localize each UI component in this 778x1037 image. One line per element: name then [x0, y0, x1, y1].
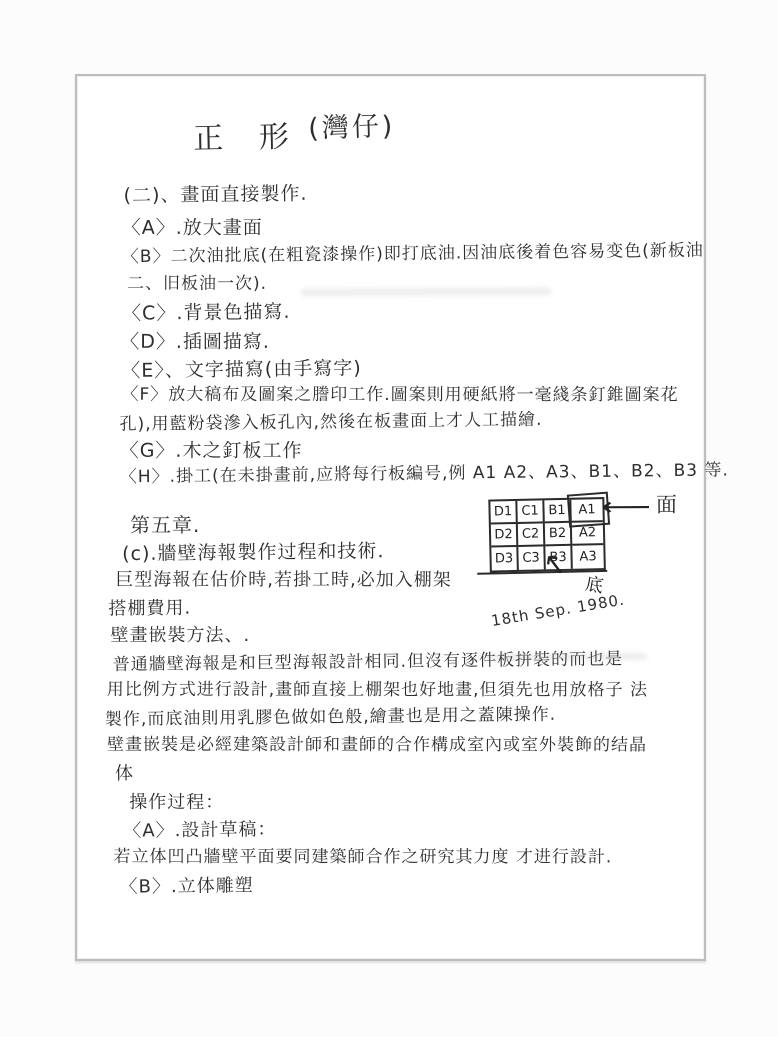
table-cell: D2: [491, 524, 518, 548]
handwritten-line: 壁畫嵌裝是必經建築設計師和畫師的合作構成室內或室外裝飾的结晶: [107, 735, 647, 756]
table-cell: A2: [572, 522, 603, 546]
handwritten-line: 製作,而底油則用乳膠色做如色般,繪畫也是用之蓋陳操作.: [105, 705, 556, 731]
table-cell: A1: [571, 499, 602, 523]
handwritten-line: 〈H〉.掛工(在未掛畫前,应將每行板編号,例 A1 A2、A3、B1、B2、B3…: [120, 460, 729, 487]
handwritten-line: 搭棚費用.: [108, 598, 191, 621]
table-cell: A3: [572, 545, 603, 569]
handwritten-line: 孔),用藍粉袋滲入板孔內,然後在板畫面上才人工描繪.: [119, 410, 542, 435]
handwritten-line: 操作过程：: [129, 792, 224, 814]
handwritten-line: 〈E〉、文字描寫(由手寫字): [121, 357, 362, 383]
section-heading: (c).牆壁海報製作过程和技術.: [122, 540, 385, 566]
table-cell: D3: [491, 547, 518, 571]
handwritten-line: (二)、畫面直接製作.: [123, 183, 307, 208]
table-cell: C1: [517, 500, 544, 524]
scanned-page: 正 形 (灣仔) (二)、畫面直接製作. 〈A〉.放大畫面 〈B〉二次油批底(在…: [75, 74, 706, 961]
handwritten-line: 用比例方式进行設計,畫師直接上棚架也好地畫,但須先也用放格子 法: [107, 680, 648, 701]
front-side-label: 面: [656, 493, 678, 518]
table-cell: D1: [490, 501, 517, 525]
handwritten-line: 〈B〉.立体雕塑: [119, 875, 253, 898]
handwritten-line: 〈F〉放大稿布及圖案之謄印工作.圖案則用硬紙將一毫綫条釘錐圖案花: [121, 385, 678, 406]
date-note: 18th Sep. 1980.: [490, 591, 626, 630]
page-title-note: (灣仔): [308, 111, 396, 146]
handwritten-line: 若立体凹凸牆壁平面要同建築師合作之研究其力度 才进行設計.: [113, 847, 612, 868]
scan-smudge: [478, 653, 648, 661]
handwritten-line: 〈A〉.設計草稿：: [123, 819, 276, 842]
scan-smudge: [301, 287, 551, 296]
handwritten-line: 巨型海報在估价時,若掛工時,必加入棚架: [115, 569, 451, 591]
handwritten-line: 二、旧板油一次).: [127, 274, 267, 295]
handwriting-layer: 正 形 (灣仔) (二)、畫面直接製作. 〈A〉.放大畫面 〈B〉二次油批底(在…: [75, 75, 706, 961]
handwritten-line: 体: [115, 763, 134, 785]
handwritten-line: 〈A〉.放大畫面: [122, 217, 263, 240]
table-cell: B2: [545, 523, 572, 547]
handwritten-line: 〈D〉.插圖描寫.: [120, 331, 270, 354]
chapter-heading: 第五章.: [130, 513, 200, 537]
arrow-left-icon: ⟵: [601, 492, 651, 521]
handwritten-line: 〈C〉.背景色描寫.: [122, 301, 291, 326]
table-cell: B1: [544, 500, 571, 524]
handwritten-line: 壁畫嵌裝方法、.: [111, 625, 251, 647]
scan-background: { "document": { "title": "正 形", "title_n…: [0, 0, 778, 1037]
table-cell: C2: [518, 523, 545, 547]
handwritten-line: 〈B〉二次油批底(在粗瓷漆操作)即打底油.因油底後着色容易变色(新板油: [122, 241, 704, 268]
handwritten-line: 〈G〉.木之釘板工作: [120, 440, 303, 463]
page-title: 正 形: [193, 119, 302, 157]
arrow-up-left-icon: ↖: [541, 546, 569, 582]
